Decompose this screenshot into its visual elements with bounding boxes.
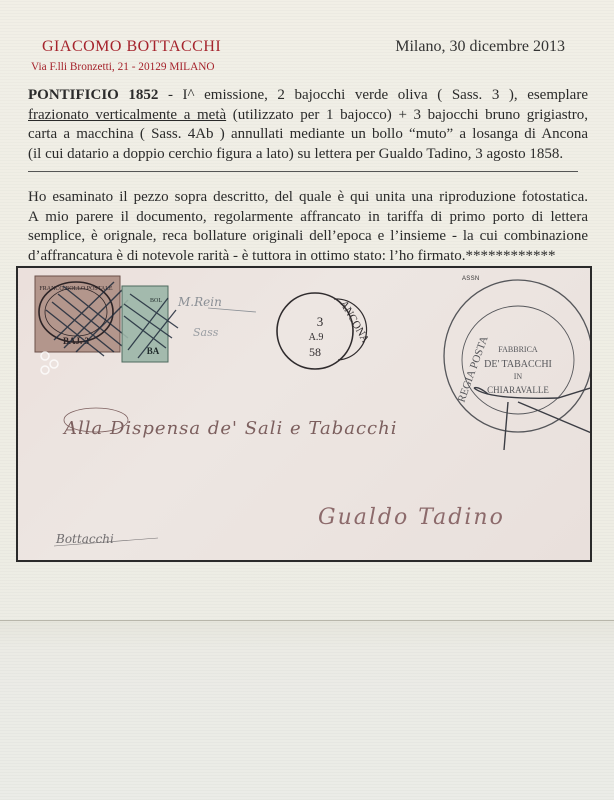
expert-opinion: Ho esaminato il pezzo sopra descritto, d… bbox=[28, 188, 588, 266]
stamp-2-bajocchi-bisect: BOL BA bbox=[122, 286, 178, 362]
svg-text:M.Rein: M.Rein bbox=[177, 295, 222, 309]
description-line: PONTIFICIO 1852 - I^ emissione, 2 bajocc… bbox=[28, 86, 588, 106]
description-line: (il cui datario a doppio cerchio figura … bbox=[28, 145, 588, 165]
svg-text:A.9: A.9 bbox=[309, 332, 324, 343]
svg-text:3: 3 bbox=[317, 314, 324, 329]
description-line: frazionato verticalmente a metà (utilizz… bbox=[28, 106, 588, 126]
svg-text:Sass: Sass bbox=[193, 326, 219, 339]
svg-text:DE' TABACCHI: DE' TABACCHI bbox=[484, 359, 552, 370]
company-name: GIACOMO BOTTACCHI bbox=[42, 38, 221, 56]
divider bbox=[28, 171, 578, 172]
svg-text:CHIARAVALLE: CHIARAVALLE bbox=[487, 385, 549, 395]
place-date: Milano, 30 dicembre 2013 bbox=[395, 38, 565, 56]
item-note-underlined: frazionato verticalmente a metà bbox=[28, 107, 226, 123]
svg-text:Alla Dispensa de' Sali e Tabac: Alla Dispensa de' Sali e Tabacchi bbox=[62, 418, 397, 439]
embossed-mark bbox=[41, 352, 58, 374]
certificate-lower-half bbox=[0, 621, 614, 800]
envelope-illustration: FRANCO BOLLO POSTALE BAJ. 3 BOL BA bbox=[18, 268, 592, 562]
description-line: carta a macchina ( Sass. 4Ab ) annullati… bbox=[28, 125, 588, 145]
svg-text:FABBRICA: FABBRICA bbox=[498, 345, 538, 354]
svg-text:BOL: BOL bbox=[150, 298, 162, 304]
svg-text:IN: IN bbox=[514, 372, 523, 381]
company-address: Via F.lli Bronzetti, 21 - 20129 MILANO bbox=[31, 61, 221, 73]
oval-cancel-fabbrica-tabacchi: FABBRICA DE' TABACCHI IN CHIARAVALLE REG… bbox=[444, 280, 592, 432]
svg-text:BA: BA bbox=[147, 346, 160, 356]
letterhead: GIACOMO BOTTACCHI Via F.lli Bronzetti, 2… bbox=[42, 38, 221, 73]
stamp-3-bajocchi: FRANCO BOLLO POSTALE BAJ. 3 bbox=[35, 276, 128, 356]
svg-text:Gualdo Tadino: Gualdo Tadino bbox=[318, 505, 505, 530]
certificate-page: GIACOMO BOTTACCHI Via F.lli Bronzetti, 2… bbox=[0, 0, 614, 621]
item-description: PONTIFICIO 1852 - I^ emissione, 2 bajocc… bbox=[28, 86, 588, 164]
opinion-line: semplice, è orignale, reca bollature ori… bbox=[28, 227, 588, 247]
svg-text:58: 58 bbox=[309, 345, 321, 359]
opinion-line: A mio parere il documento, regolarmente … bbox=[28, 208, 588, 228]
expert-mark: ASSN bbox=[462, 276, 480, 282]
envelope-photo: FRANCO BOLLO POSTALE BAJ. 3 BOL BA bbox=[16, 266, 592, 562]
svg-text:FRANCO BOLLO POSTALE: FRANCO BOLLO POSTALE bbox=[39, 286, 113, 292]
opinion-line: d’affrancatura è di notevole rarità - è … bbox=[28, 247, 588, 267]
item-title: PONTIFICIO 1852 bbox=[28, 87, 158, 103]
opinion-line: Ho esaminato il pezzo sopra descritto, d… bbox=[28, 188, 588, 208]
postmark-ancona: ANCONA 3 A.9 58 bbox=[277, 293, 371, 369]
